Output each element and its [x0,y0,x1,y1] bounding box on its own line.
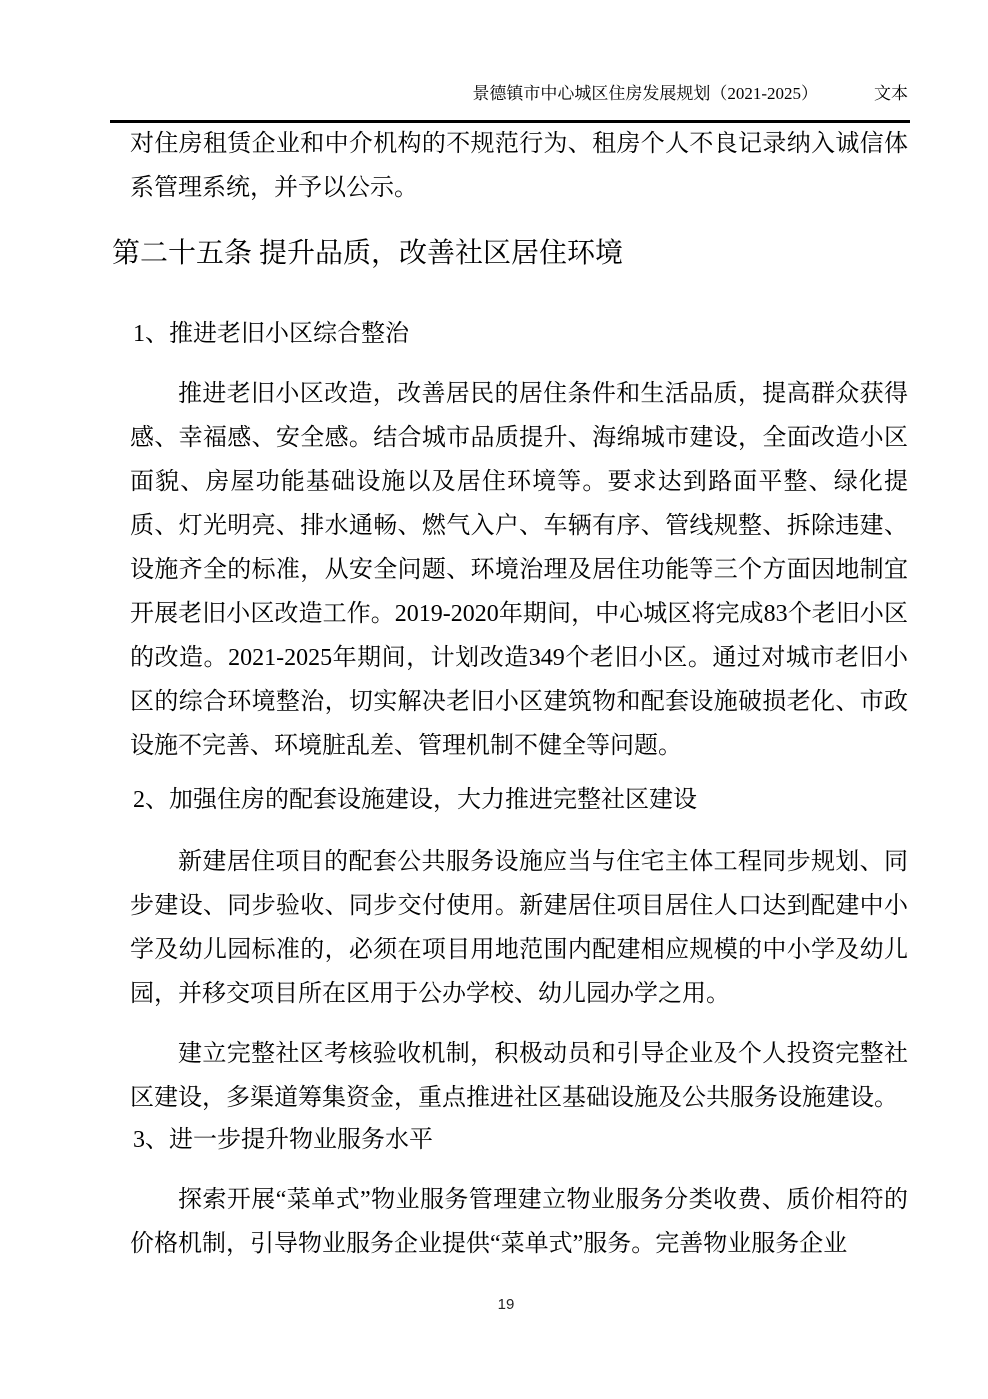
item-heading-1: 1、推进老旧小区综合整治 [133,312,409,356]
item-3-paragraph-1: 探索开展“菜单式”物业服务管理建立物业服务分类收费、质价相符的价格机制，引导物业… [130,1178,908,1266]
item-2-paragraph-2: 建立完整社区考核验收机制，积极动员和引导企业及个人投资完整社区建设，多渠道筹集资… [130,1032,908,1120]
item-heading-3: 3、进一步提升物业服务水平 [133,1118,433,1162]
continuation-paragraph: 对住房租赁企业和中介机构的不规范行为、租房个人不良记录纳入诚信体系管理系统，并予… [130,122,908,210]
header-doc-type: 文本 [874,84,908,104]
section-heading: 第二十五条 提升品质，改善社区居住环境 [112,234,623,274]
header-title: 景德镇市中心城区住房发展规划（2021-2025） [472,84,818,104]
item-heading-2: 2、加强住房的配套设施建设，大力推进完整社区建设 [133,778,697,822]
document-page: 景德镇市中心城区住房发展规划（2021-2025） 文本 对住房租赁企业和中介机… [0,0,988,1399]
page-number: 19 [0,1296,988,1314]
item-2-paragraph-1: 新建居住项目的配套公共服务设施应当与住宅主体工程同步规划、同步建设、同步验收、同… [130,840,908,1016]
item-1-paragraph-1: 推进老旧小区改造，改善居民的居住条件和生活品质，提高群众获得感、幸福感、安全感。… [130,372,908,768]
page-header: 景德镇市中心城区住房发展规划（2021-2025） 文本 [112,84,908,104]
